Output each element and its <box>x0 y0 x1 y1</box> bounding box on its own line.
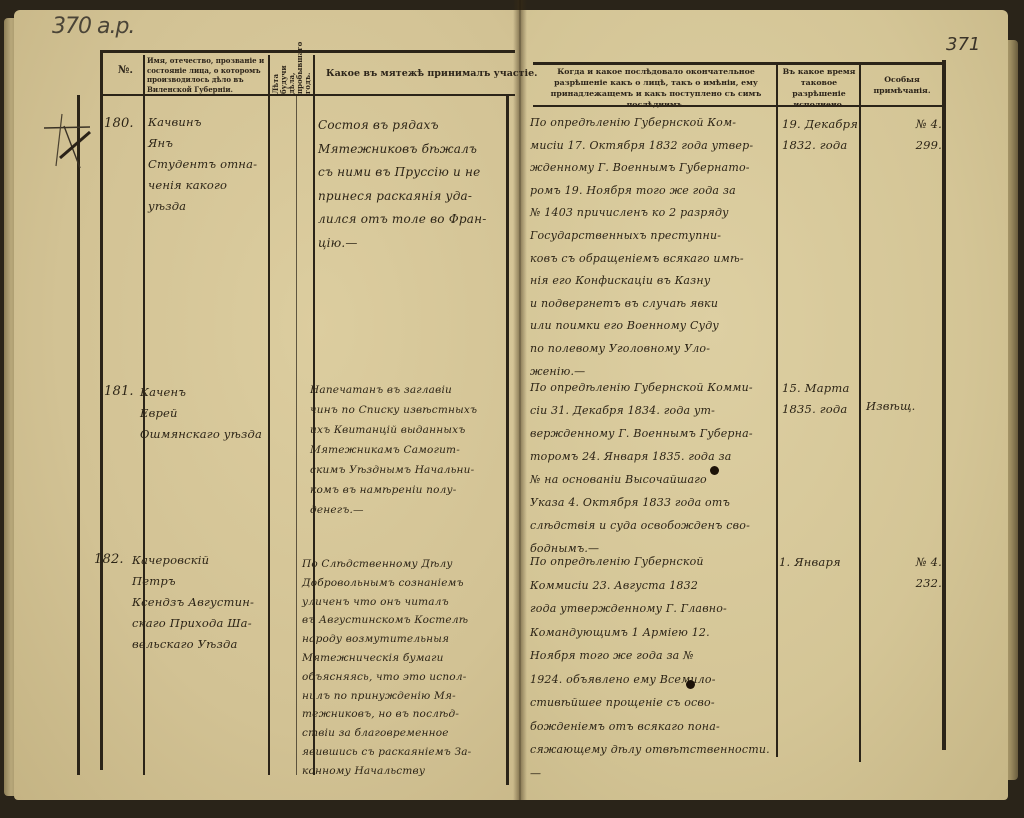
entry-182-resolution: По опредѣленію Губернской Коммисіи 23. А… <box>530 550 780 785</box>
left-margin-line <box>77 95 80 775</box>
entry-181-notes: Извѣщ. <box>866 396 946 417</box>
entry-180-notes: № 4. 299. <box>872 114 948 156</box>
entry-182-notes: № 4. 232. <box>872 552 948 594</box>
header-notes: Особыя примѣчанія. <box>862 74 942 96</box>
margin-cross-mark-icon <box>36 110 96 170</box>
header-participation: Какое въ мятежѣ принималъ участіе. <box>326 68 538 79</box>
entry-180-resolution: По опредѣленію Губернской Ком- мисіи 17.… <box>530 112 780 383</box>
entry-182-executed: 1. Января <box>779 552 859 573</box>
archive-mark: 370 a.p. <box>52 14 134 39</box>
entry-180-participation: Состоя въ рядахъ Мятежниковъ бѣжалъ съ н… <box>318 114 508 255</box>
left-outer-border <box>100 50 103 770</box>
header-number: №. <box>118 64 133 76</box>
header-top-rule <box>100 50 515 53</box>
entry-180-number: 180. <box>104 112 134 136</box>
ink-blot <box>710 466 719 475</box>
entry-180-executed: 19. Декабря 1832. года <box>782 114 862 156</box>
header-bottom-rule <box>100 94 515 96</box>
entry-182-number: 182. <box>94 548 124 572</box>
entry-182-name: Качеровскій Петръ Ксендзъ Августин- скаг… <box>132 550 268 655</box>
col-divider-dates-inner <box>296 95 297 775</box>
book-gutter <box>513 0 527 800</box>
entry-182-participation: По Слѣдственному Дѣлу Добровольнымъ созн… <box>302 555 510 781</box>
folio-number: 371 <box>946 34 980 55</box>
col-divider-name <box>268 55 270 775</box>
header-executed: Въ какое время таковое разрѣшеніе исполн… <box>779 66 859 110</box>
ledger-spread: 370 a.p. 371 №. Имя, отечество, прозвані… <box>0 0 1024 818</box>
header-dates: Лѣта будучи дѣла, пробывшаго годъ. <box>272 56 310 94</box>
header-name: Имя, отечество, прозваніе и состояніе ли… <box>147 56 265 94</box>
entry-181-participation: Напечатанъ въ заглавіи чинъ по Списку из… <box>310 380 510 520</box>
ink-blot <box>686 680 695 689</box>
entry-181-name: Каченъ Еврей Ошмянскаго уѣзда <box>140 382 268 445</box>
header-resolution: Когда и какое послѣдовало окончательное … <box>536 66 776 110</box>
header-top-rule-right <box>533 62 943 65</box>
entry-181-number: 181. <box>104 380 134 404</box>
entry-180-name: Качвинъ Янъ Студентъ отна- ченія какого … <box>148 112 268 217</box>
entry-181-resolution: По опредѣленію Губернской Комми- сіи 31.… <box>530 376 780 560</box>
entry-181-executed: 15. Марта 1835. года <box>782 378 862 420</box>
